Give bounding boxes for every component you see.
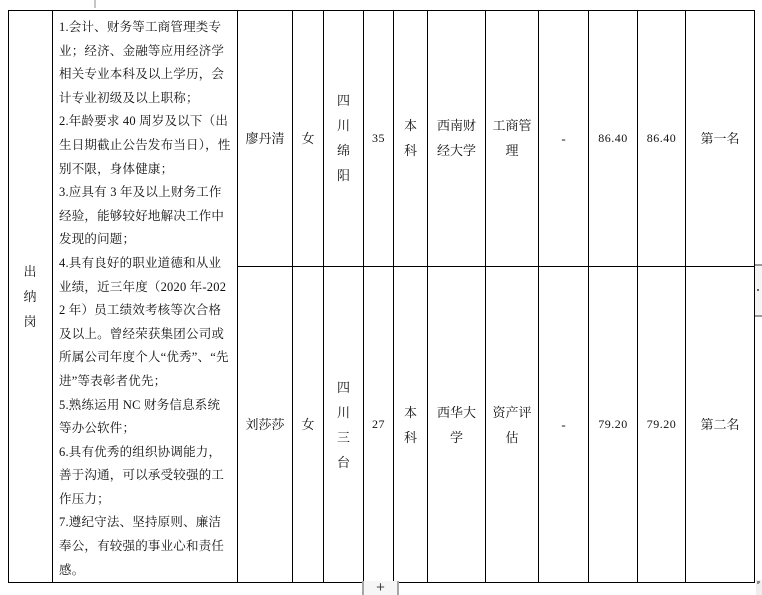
candidate-name: 刘莎莎 [238, 266, 293, 582]
scroll-corner[interactable] [756, 580, 762, 595]
candidate-university: 西南财经大学 [428, 11, 486, 267]
candidate-score-total: 86.40 [638, 11, 686, 267]
requirement-item-7: 7.遵纪守法、坚持原则、廉洁奉公，有较强的事业心和责任感。 [59, 511, 232, 582]
document-page: 出纳岗 1.会计、财务等工商管理类专业；经济、金融等应用经济学相关专业本科及以上… [0, 0, 762, 595]
candidate-score-total: 79.20 [638, 266, 686, 582]
resize-corner-icon [757, 581, 760, 584]
table-row-1: 出纳岗 1.会计、财务等工商管理类专业；经济、金融等应用经济学相关专业本科及以上… [9, 11, 755, 267]
candidate-rank: 第二名 [686, 266, 755, 582]
candidate-name: 廖丹清 [238, 11, 293, 267]
candidate-age: 35 [364, 11, 394, 267]
requirements-cell: 1.会计、财务等工商管理类专业；经济、金融等应用经济学相关专业本科及以上学历，会… [53, 11, 238, 583]
candidate-hometown: 四川三台 [324, 266, 364, 582]
candidate-gender: 女 [293, 11, 324, 267]
requirement-item-1: 1.会计、财务等工商管理类专业；经济、金融等应用经济学相关专业本科及以上学历，会… [59, 16, 232, 110]
requirement-item-2: 2.年龄要求 40 周岁及以下（出生日期截止公告发布当日），性别不限，身体健康； [59, 110, 232, 181]
ruler-tick [94, 0, 96, 8]
requirement-item-5: 5.熟练运用 NC 财务信息系统等办公软件； [59, 394, 232, 441]
candidate-interview: - [539, 266, 589, 582]
candidate-university: 西华大学 [428, 266, 486, 582]
add-button[interactable]: + [362, 581, 399, 595]
candidate-major: 工商管理 [486, 11, 539, 267]
candidate-major: 资产评估 [486, 266, 539, 582]
vertical-scrollbar-thumb[interactable] [755, 264, 762, 317]
recruitment-table: 出纳岗 1.会计、财务等工商管理类专业；经济、金融等应用经济学相关专业本科及以上… [8, 10, 755, 583]
candidate-interview: - [539, 11, 589, 267]
candidate-gender: 女 [293, 266, 324, 582]
candidate-education: 本科 [394, 11, 428, 267]
candidate-hometown: 四川绵阳 [324, 11, 364, 267]
requirement-item-4: 4.具有良好的职业道德和从业业绩，近三年度（2020 年-2022 年）员工绩效… [59, 252, 232, 394]
position-cell: 出纳岗 [9, 11, 53, 583]
requirement-item-3: 3.应具有 3 年及以上财务工作经验，能够较好地解决工作中发现的问题； [59, 181, 232, 252]
candidate-score-written: 79.20 [589, 266, 638, 582]
candidate-age: 27 [364, 266, 394, 582]
candidate-education: 本科 [394, 266, 428, 582]
candidate-score-written: 86.40 [589, 11, 638, 267]
scrollbar-grip-dot [757, 289, 759, 291]
candidate-rank: 第一名 [686, 11, 755, 267]
requirement-item-6: 6.具有优秀的组织协调能力，善于沟通，可以承受较强的工作压力； [59, 441, 232, 512]
